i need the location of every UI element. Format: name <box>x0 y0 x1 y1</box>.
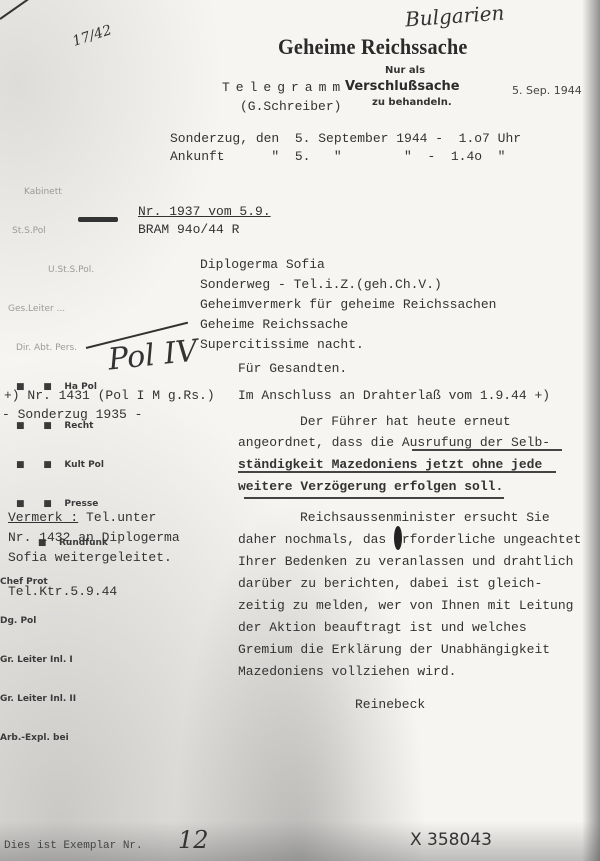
cross-reference: +) Nr. 1431 (Pol I M g.Rs.) <box>4 387 215 404</box>
vermerk-line: Tel.unter <box>86 510 156 525</box>
body-para2-line: Mazedoniens vollziehen wird. <box>238 663 456 680</box>
dist-item: St.S.Pol <box>8 225 108 238</box>
address-line: Supercitissime nacht. <box>200 336 364 353</box>
document-type: Telegramm <box>222 79 346 96</box>
underline-mark <box>238 471 556 473</box>
copy-number: 12 <box>178 826 209 854</box>
copy-label: Dies ist Exemplar Nr. <box>4 838 143 855</box>
dist-item: Dg. Pol <box>0 615 108 628</box>
reference-code: BRAM 94o/44 R <box>138 221 239 238</box>
header-arrival: Ankunft " 5. " " - 1.4o " <box>170 148 505 165</box>
address-line: Diplogerma Sofia <box>200 256 325 273</box>
document-type-sub: (G.Schreiber) <box>240 98 341 115</box>
body-para2-line: Reichsaussenminister ersucht Sie <box>300 509 550 526</box>
body-para2-line: zeitig zu melden, wer von Ihnen mit Leit… <box>238 597 573 614</box>
tel-ktr-note: Tel.Ktr.5.9.44 <box>8 583 117 600</box>
document-page: Bulgarien 17/42 Geheime Reichssache Nur … <box>0 0 600 861</box>
distribution-list: Kabinett St.S.Pol U.St.S.Pol. Ges.Leiter… <box>8 160 108 771</box>
body-para2-line: der Aktion beauftragt ist und welches <box>238 619 527 636</box>
address-line: Geheimvermerk für geheime Reichssachen <box>200 296 496 313</box>
body-para2-line: Ihrer Bedenken zu veranlassen und drahtl… <box>238 553 573 570</box>
underline-mark <box>244 497 504 499</box>
vermerk-line: Sofia weitergeleitet. <box>8 549 172 566</box>
redaction-mark <box>78 217 118 222</box>
recipient-line: Für Gesandten. <box>238 360 347 377</box>
dist-item: Gr. Leiter Inl. I <box>0 654 108 667</box>
stamp-line-3: zu behandeln. <box>372 97 452 108</box>
body-para2-line: darüber zu berichten, dabei ist gleich- <box>238 575 542 592</box>
vermerk-block: Vermerk : Tel.unter <box>8 509 156 526</box>
underline-mark <box>412 449 562 451</box>
sonderzug-note: - Sonderzug 1935 - <box>2 406 142 423</box>
dist-item: Presse <box>64 499 98 509</box>
address-line: Sonderweg - Tel.i.Z.(geh.Ch.V.) <box>200 276 442 293</box>
stamp-line-2: Verschlußsache <box>345 79 460 94</box>
dist-item: U.St.S.Pol. <box>8 264 108 277</box>
received-date-stamp: 5. Sep. 1944 <box>512 84 582 97</box>
body-para2-line: daher nochmals, das Erforderliche ungeac… <box>238 531 581 548</box>
serial-number: X 358043 <box>410 830 492 850</box>
dist-item: Kult Pol <box>64 460 104 470</box>
signature: Reinebeck <box>355 696 425 713</box>
dist-item: Arb.-Expl. bei <box>0 732 108 745</box>
reference-number: Nr. 1937 vom 5.9. <box>138 203 271 220</box>
body-para1-line: Der Führer hat heute erneut <box>300 413 511 430</box>
handwritten-file-number: 17/42 <box>71 22 114 50</box>
dist-row: ■ ■ Kult Pol <box>8 459 108 472</box>
handwritten-country-note: Bulgarien <box>404 1 505 32</box>
classification-stamp: Geheime Reichssache <box>278 34 468 60</box>
dist-item: Ges.Leiter ... <box>8 303 108 316</box>
vermerk-label: Vermerk : <box>8 510 78 525</box>
dist-item: Kabinett <box>8 186 108 199</box>
address-line: Geheime Reichssache <box>200 316 348 333</box>
stamp-line-1: Nur als <box>385 65 425 76</box>
pen-stroke <box>0 0 33 20</box>
body-intro: Im Anschluss an Drahterlaß vom 1.9.44 +) <box>238 387 550 404</box>
header-sent: Sonderzug, den 5. September 1944 - 1.o7 … <box>170 130 521 147</box>
scan-edge-shadow <box>582 0 600 861</box>
vermerk-line: Nr. 1432 an Diplogerma <box>8 529 180 546</box>
body-para1-line: weitere Verzögerung erfolgen soll. <box>238 478 503 495</box>
ink-blot <box>394 526 402 550</box>
dist-item: Gr. Leiter Inl. II <box>0 693 108 706</box>
dist-item: Dir. Abt. Pers. <box>8 342 108 355</box>
body-para2-line: Gremium die Erklärung der Unabhängigkeit <box>238 641 550 658</box>
